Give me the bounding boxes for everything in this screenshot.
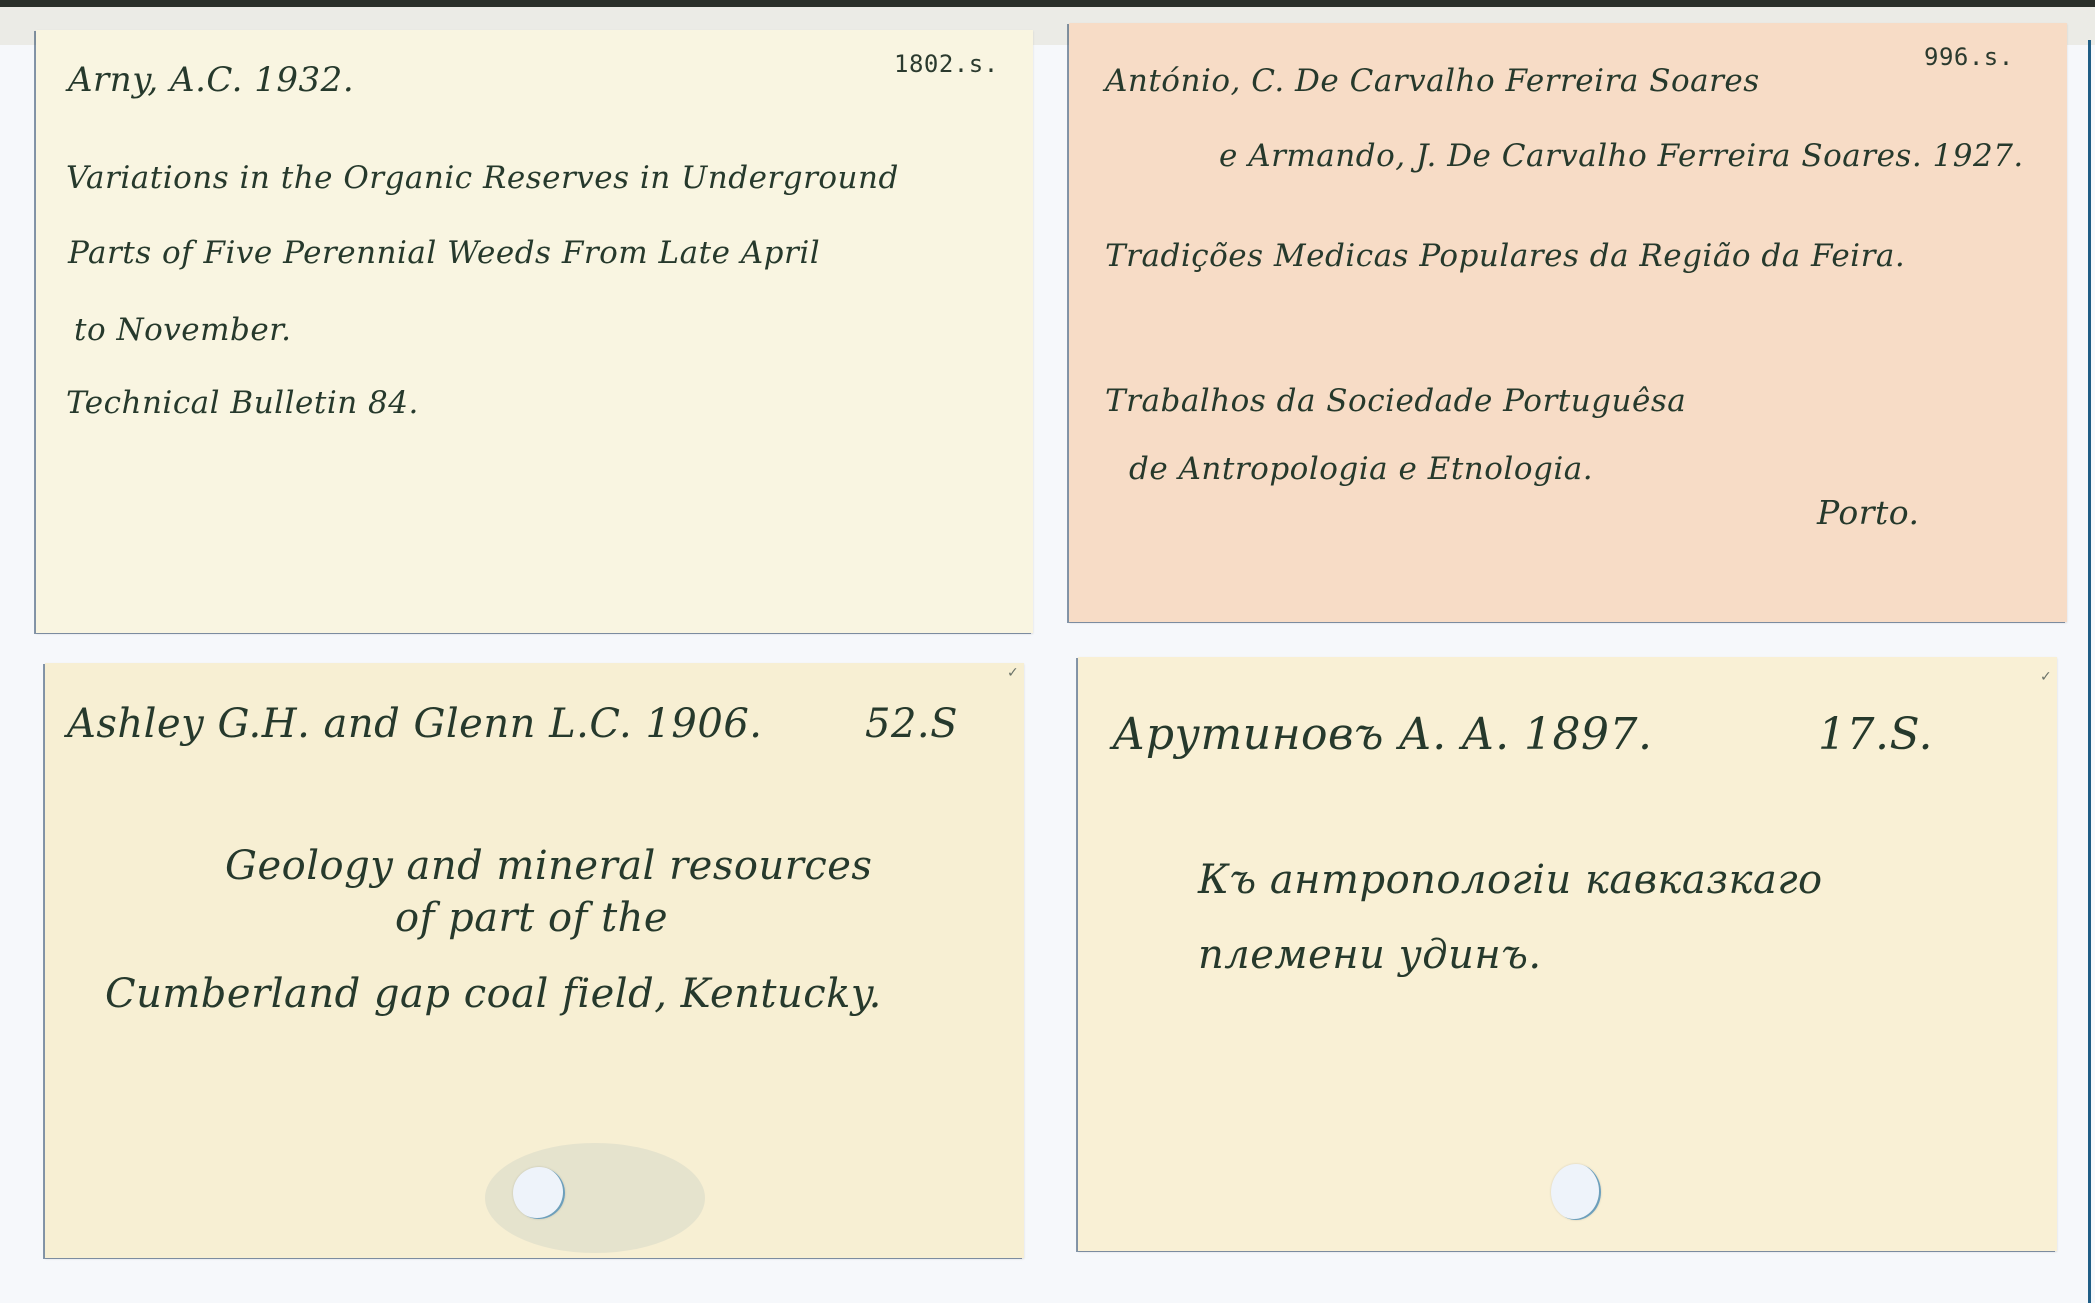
card-title-line-3: to November. — [74, 312, 291, 348]
card-call-number: 52.S — [865, 701, 958, 747]
catalog-card-arny: Arny, A.C. 1932. 1802.s. Variations in t… — [36, 30, 1033, 633]
card-author-line: Арутиновъ А. А. 1897. — [1112, 709, 1653, 760]
punch-hole — [513, 1167, 565, 1219]
catalog-card-soares: António, C. De Carvalho Ferreira Soares … — [1069, 23, 2067, 622]
card-author-line: Arny, A.C. 1932. — [68, 60, 354, 100]
catalog-card-ashley: Ashley G.H. and Glenn L.C. 1906. 52.S ✓ … — [45, 663, 1024, 1258]
card-call-number: 996.s. — [1924, 43, 2014, 71]
card-title-line: Tradições Medicas Populares da Região da… — [1105, 238, 1905, 274]
card-title-line-1: Geology and mineral resources — [225, 843, 872, 889]
card-title-line-1: Къ антропологіи кавказкаго — [1198, 857, 1823, 903]
punch-hole — [1551, 1164, 1601, 1220]
check-mark: ✓ — [1007, 665, 1019, 681]
scanner-top-edge — [0, 0, 2095, 7]
check-mark: ✓ — [2040, 669, 2052, 685]
card-call-number: 17.S. — [1818, 709, 1933, 760]
card-series-line-1: Trabalhos da Sociedade Portuguêsa — [1105, 383, 1686, 419]
card-series-line: Technical Bulletin 84. — [66, 385, 419, 421]
card-place-line: Porto. — [1817, 493, 1920, 532]
card-title-line-2: Parts of Five Perennial Weeds From Late … — [68, 235, 820, 271]
card-series-line-2: de Antropologia e Etnologia. — [1129, 451, 1593, 487]
card-title-line-2: of part of the — [395, 895, 668, 941]
card-author-line: Ashley G.H. and Glenn L.C. 1906. — [67, 701, 763, 747]
catalog-card-arutinov: Арутиновъ А. А. 1897. 17.S. ✓ Къ антропо… — [1078, 657, 2057, 1251]
card-title-line-3: Cumberland gap coal field, Kentucky. — [105, 971, 882, 1017]
card-call-number: 1802.s. — [894, 50, 999, 78]
card-author-line-1: António, C. De Carvalho Ferreira Soares — [1105, 63, 1760, 99]
card-title-line-2: племени удинъ. — [1198, 932, 1542, 978]
card-title-line-1: Variations in the Organic Reserves in Un… — [66, 160, 899, 196]
card-author-line-2: e Armando, J. De Carvalho Ferreira Soare… — [1219, 138, 2024, 174]
scanner-right-edge — [2088, 40, 2091, 1303]
